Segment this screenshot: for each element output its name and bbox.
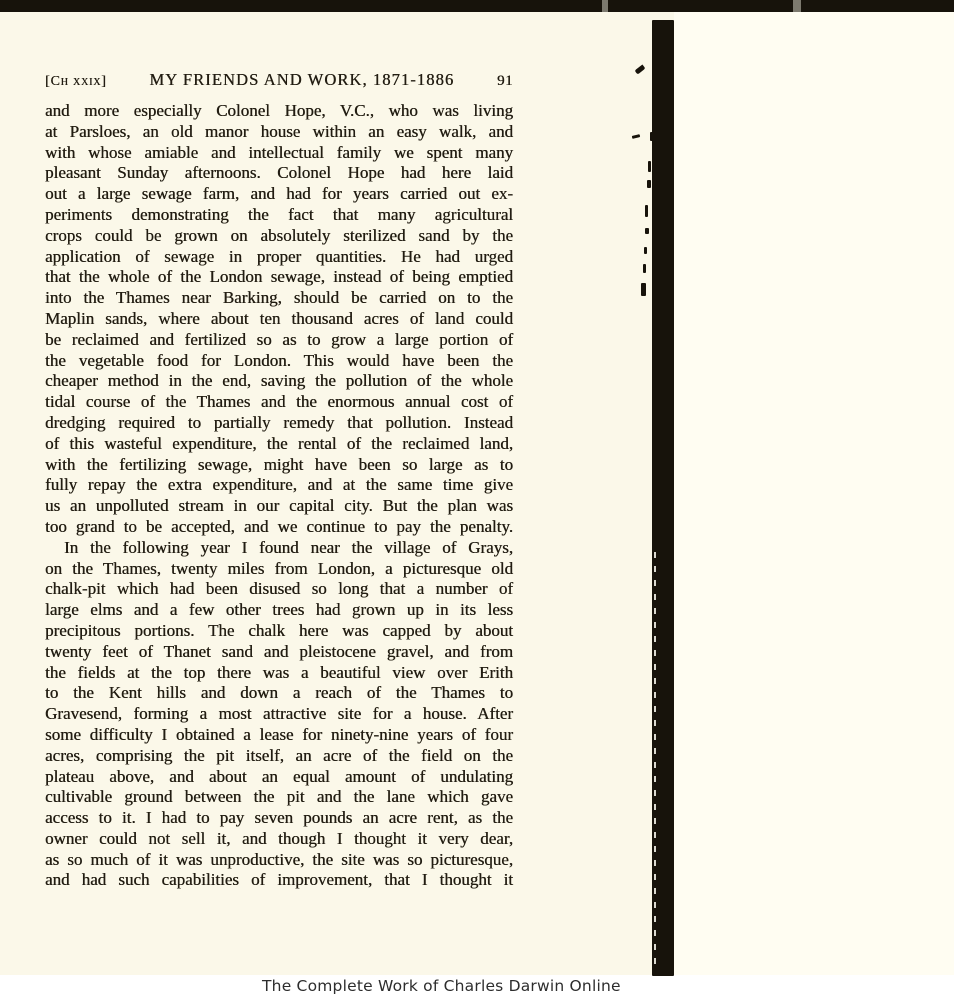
text-line: the vegetable food for London. This woul… xyxy=(45,351,513,372)
text-line: access to it. I had to pay seven pounds … xyxy=(45,808,513,829)
text-line: and had such capabilities of improvement… xyxy=(45,870,513,891)
text-line: acres, comprising the pit itself, an acr… xyxy=(45,746,513,767)
text-line: owner could not sell it, and though I th… xyxy=(45,829,513,850)
ink-speck xyxy=(647,180,651,188)
ink-speck xyxy=(641,283,646,296)
text-line: large elms and a few other trees had gro… xyxy=(45,600,513,621)
ink-speck xyxy=(645,228,649,234)
scan-bar-notch xyxy=(793,0,801,12)
scan-bar-notch xyxy=(602,0,608,12)
ink-speck xyxy=(650,132,653,141)
ink-speck xyxy=(648,161,651,172)
text-line: cheaper method in the end, saving the po… xyxy=(45,371,513,392)
text-line: as so much of it was unproductive, the s… xyxy=(45,850,513,871)
text-line: of this wasteful expenditure, the rental… xyxy=(45,434,513,455)
text-line: tidal course of the Thames and the enorm… xyxy=(45,392,513,413)
text-line: Gravesend, forming a most attractive sit… xyxy=(45,704,513,725)
page-scan: [Ch xxix] MY FRIENDS AND WORK, 1871-1886… xyxy=(0,0,954,998)
ink-speck xyxy=(644,247,647,254)
page-title: MY FRIENDS AND WORK, 1871-1886 xyxy=(149,70,454,90)
text-line: precipitous portions. The chalk here was… xyxy=(45,621,513,642)
text-line: us an unpolluted stream in our capital c… xyxy=(45,496,513,517)
paragraph-1: and more especially Colonel Hope, V.C., … xyxy=(45,101,513,538)
text-line: chalk-pit which had been disused so long… xyxy=(45,579,513,600)
text-line: plateau above, and about an equal amount… xyxy=(45,767,513,788)
text-line: out a large sewage farm, and had for yea… xyxy=(45,184,513,205)
text-line: cultivable ground between the pit and th… xyxy=(45,787,513,808)
text-line: fully repay the extra expenditure, and a… xyxy=(45,475,513,496)
paragraph-2: In the following year I found near the v… xyxy=(45,538,513,892)
text-line: into the Thames near Barking, should be … xyxy=(45,288,513,309)
text-line: application of sewage in proper quantiti… xyxy=(45,247,513,268)
body-text: and more especially Colonel Hope, V.C., … xyxy=(45,101,513,891)
text-line: too grand to be accepted, and we continu… xyxy=(45,517,513,538)
text-line: dredging required to partially remedy th… xyxy=(45,413,513,434)
ink-speck xyxy=(645,205,648,217)
ink-speck xyxy=(643,264,646,273)
page-header: [Ch xxix] MY FRIENDS AND WORK, 1871-1886… xyxy=(45,70,513,90)
top-edge-scan-bar xyxy=(0,0,954,12)
text-line: at Parsloes, an old manor house within a… xyxy=(45,122,513,143)
right-margin-area xyxy=(674,0,954,975)
text-line: with whose amiable and intellectual fami… xyxy=(45,143,513,164)
text-line: to the Kent hills and down a reach of th… xyxy=(45,683,513,704)
text-line: pleasant Sunday afternoons. Colonel Hope… xyxy=(45,163,513,184)
text-line: twenty feet of Thanet sand and pleistoce… xyxy=(45,642,513,663)
binding-gutter-bar xyxy=(652,20,674,976)
text-line: In the following year I found near the v… xyxy=(45,538,513,559)
text-line: be reclaimed and fertilized so as to gro… xyxy=(45,330,513,351)
text-line: that the whole of the London sewage, ins… xyxy=(45,267,513,288)
page-number: 91 xyxy=(497,73,513,90)
text-line: the fields at the top there was a beauti… xyxy=(45,663,513,684)
site-caption: The Complete Work of Charles Darwin Onli… xyxy=(262,976,682,997)
text-line: some difficulty I obtained a lease for n… xyxy=(45,725,513,746)
text-line: and more especially Colonel Hope, V.C., … xyxy=(45,101,513,122)
text-line: with the fertilizing sewage, might have … xyxy=(45,455,513,476)
text-line: Maplin sands, where about ten thousand a… xyxy=(45,309,513,330)
chapter-label: [Ch xxix] xyxy=(45,74,107,90)
text-line: crops could be grown on absolutely steri… xyxy=(45,226,513,247)
text-line: on the Thames, twenty miles from London,… xyxy=(45,559,513,580)
text-line: periments demonstrating the fact that ma… xyxy=(45,205,513,226)
